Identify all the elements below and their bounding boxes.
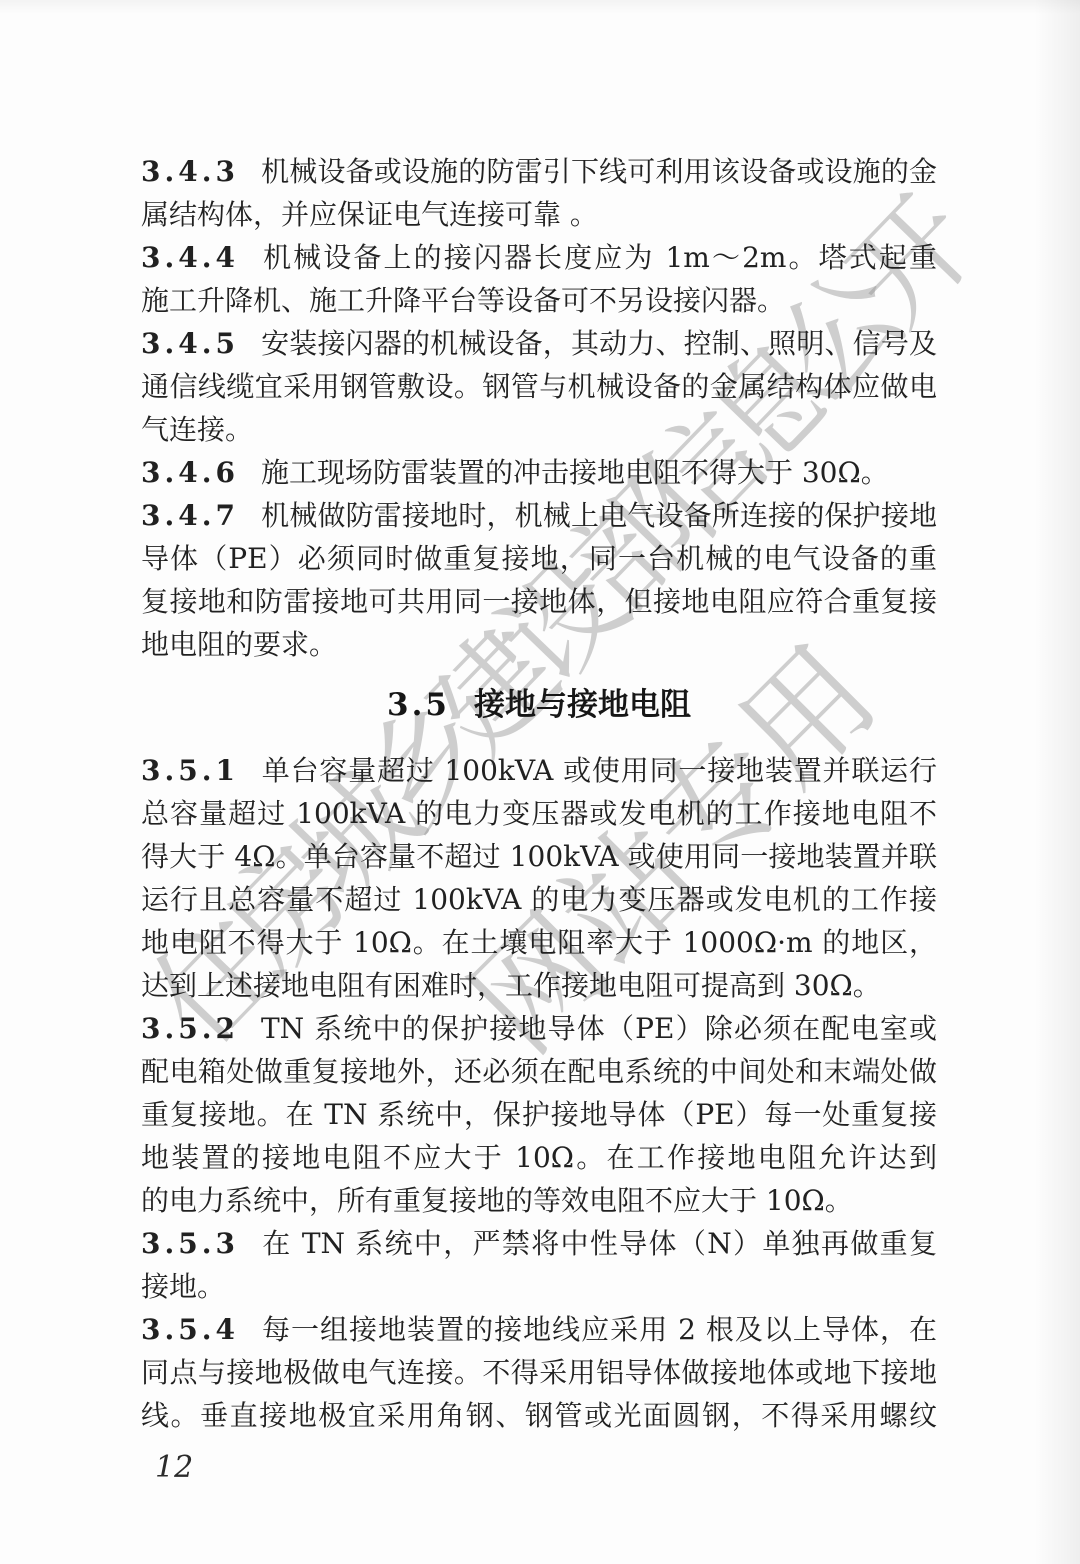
text-line: 地电阻的要求。	[141, 623, 937, 666]
section-number: 3.5.3	[141, 1227, 239, 1260]
section-number: 3.4.5	[141, 327, 239, 360]
text-line: 3.4.5安装接闪器的机械设备，其动力、控制、照明、信号及	[141, 322, 937, 365]
section-number: 3.4.7	[141, 499, 239, 532]
section-heading: 3.5接地与接地电阻	[141, 684, 937, 727]
text-line: 达到上述接地电阻有困难时，工作接地电阻可提高到 30Ω。	[141, 964, 937, 1007]
page-number: 12	[155, 1446, 193, 1489]
text-line: 通信线缆宜采用钢管敷设。钢管与机械设备的金属结构体应做电	[141, 365, 937, 408]
text-line: 3.5.2TN 系统中的保护接地导体（PE）除必须在配电室或总	[141, 1007, 937, 1050]
page-body-text: 3.4.3机械设备或设施的防雷引下线可利用该设备或设施的金属结构体，并应保证电气…	[141, 150, 937, 1437]
line-text: 单台容量超过 100kVA 或使用同一接地装置并联运行且	[141, 754, 937, 792]
text-line: 复接地和防雷接地可共用同一接地体，但接地电阻应符合重复接	[141, 580, 937, 623]
line-text: 安装接闪器的机械设备，其动力、控制、照明、信号及	[261, 327, 937, 360]
section-number: 3.5	[387, 687, 450, 723]
text-line: 3.4.7机械做防雷接地时，机械上电气设备所连接的保护接地	[141, 494, 937, 537]
text-line: 地电阻不得大于 10Ω。在土壤电阻率大于 1000Ω·m 的地区，当	[141, 921, 937, 964]
line-text: TN 系统中的保护接地导体（PE）除必须在配电室或总	[141, 1012, 937, 1050]
line-text: 接地与接地电阻	[474, 687, 691, 723]
text-line: 得大于 4Ω。单台容量不超过 100kVA 或使用同一接地装置并联	[141, 835, 937, 878]
text-line: 配电箱处做重复接地外，还必须在配电系统的中间处和末端处做	[141, 1050, 937, 1093]
section-number: 3.4.4	[141, 241, 239, 274]
scan-shadow-right	[1034, 0, 1080, 1564]
section-number: 3.4.6	[141, 456, 239, 489]
line-text: 每一组接地装置的接地线应采用 2 根及以上导体，在不	[141, 1313, 937, 1351]
section-number: 3.5.2	[141, 1012, 239, 1045]
text-line: 3.5.1单台容量超过 100kVA 或使用同一接地装置并联运行且	[141, 749, 937, 792]
text-line: 总容量超过 100kVA 的电力变压器或发电机的工作接地电阻不	[141, 792, 937, 835]
text-line: 的电力系统中，所有重复接地的等效电阻不应大于 10Ω。	[141, 1179, 937, 1222]
line-text: 机械做防雷接地时，机械上电气设备所连接的保护接地	[261, 499, 937, 532]
section-number: 3.4.3	[141, 155, 239, 188]
text-line: 属结构体，并应保证电气连接可靠 。	[141, 193, 937, 236]
line-text: 在 TN 系统中，严禁将中性导体（N）单独再做重复	[261, 1227, 937, 1260]
line-text: 机械设备上的接闪器长度应为 1m～2m。塔式起重机、	[141, 241, 937, 279]
text-line: 3.4.3机械设备或设施的防雷引下线可利用该设备或设施的金	[141, 150, 937, 193]
text-line: 3.5.4每一组接地装置的接地线应采用 2 根及以上导体，在不	[141, 1308, 937, 1351]
document-page: 住房城乡建设部信息公开 网站专用 3.4.3机械设备或设施的防雷引下线可利用该设…	[0, 0, 1080, 1564]
text-line: 3.4.6施工现场防雷装置的冲击接地电阻不得大于 30Ω。	[141, 451, 937, 494]
text-line: 3.4.4机械设备上的接闪器长度应为 1m～2m。塔式起重机、	[141, 236, 937, 279]
text-line: 线。垂直接地极宜采用角钢、钢管或光面圆钢，不得采用螺纹	[141, 1394, 937, 1437]
text-line: 3.5.3在 TN 系统中，严禁将中性导体（N）单独再做重复	[141, 1222, 937, 1265]
text-line: 施工升降机、施工升降平台等设备可不另设接闪器。	[141, 279, 937, 322]
section-number: 3.5.1	[141, 754, 239, 787]
scan-shadow-top	[0, 0, 1080, 14]
text-line: 地装置的接地电阻不应大于 10Ω。在工作接地电阻允许达到 10Ω	[141, 1136, 937, 1179]
text-line: 运行且总容量不超过 100kVA 的电力变压器或发电机的工作接	[141, 878, 937, 921]
text-line: 重复接地。在 TN 系统中，保护接地导体（PE）每一处重复接	[141, 1093, 937, 1136]
text-line: 导体（PE）必须同时做重复接地，同一台机械的电气设备的重	[141, 537, 937, 580]
text-line: 接地。	[141, 1265, 937, 1308]
text-line: 同点与接地极做电气连接。不得采用铝导体做接地体或地下接地	[141, 1351, 937, 1394]
text-line: 气连接。	[141, 408, 937, 451]
section-number: 3.5.4	[141, 1313, 239, 1346]
line-text: 机械设备或设施的防雷引下线可利用该设备或设施的金	[261, 155, 937, 188]
line-text: 施工现场防雷装置的冲击接地电阻不得大于 30Ω。	[261, 456, 889, 489]
